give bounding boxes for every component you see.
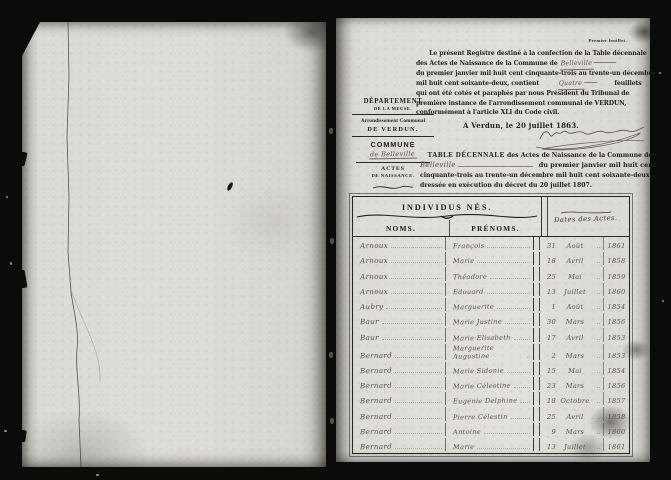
table-row: Bernard Antoine 9 Mars 1860 bbox=[353, 423, 629, 438]
cell-prenom: Edouard bbox=[445, 283, 533, 296]
header-group-individus: INDIVIDUS NÉS. NOMS. PRÉNOMS. bbox=[353, 197, 541, 236]
cell-prenom: Pierre Célestin bbox=[445, 407, 533, 420]
nom-value: Baur bbox=[360, 317, 379, 326]
date-day: 17 bbox=[542, 334, 556, 342]
cell-nom: Aubry bbox=[353, 302, 445, 311]
prenom-value: Marie Justine bbox=[453, 318, 502, 327]
cell-nom: Bernard bbox=[353, 396, 445, 405]
prenom-value: Marguerite Augustine bbox=[453, 343, 524, 360]
binding-stitch bbox=[329, 128, 333, 134]
cell-prenom: Théodore bbox=[445, 267, 533, 280]
cell-nom: Bernard bbox=[353, 412, 445, 421]
dotted-leader bbox=[597, 293, 600, 294]
cell-prenom: Marguerite Augustine bbox=[445, 344, 533, 360]
preamble-line: du premier janvier mil huit cent cinquan… bbox=[416, 69, 638, 79]
dotted-leader bbox=[395, 448, 442, 449]
scan-speck bbox=[6, 196, 8, 198]
dotted-leader bbox=[395, 402, 442, 403]
dotted-leader bbox=[487, 247, 530, 248]
dotted-leader bbox=[514, 339, 530, 340]
cell-prenom: Marie Elisabeth bbox=[445, 328, 533, 341]
table-row: Bernard Pierre Célestin 25 Avril 1858 bbox=[353, 407, 629, 422]
dotted-leader bbox=[391, 247, 442, 248]
date-year: 1853 bbox=[603, 328, 629, 341]
dotted-leader bbox=[597, 402, 600, 403]
date-day: 25 bbox=[542, 413, 556, 421]
dotted-leader bbox=[395, 433, 442, 434]
binding-stitch bbox=[329, 352, 333, 358]
departement-value: DE LA MEUSE. bbox=[346, 106, 440, 111]
dotted-leader bbox=[395, 357, 442, 358]
preamble-text: mil huit cent soixante-deux, contient bbox=[416, 79, 539, 87]
dotted-leader bbox=[395, 372, 442, 373]
prenom-value: Marguerite bbox=[453, 303, 494, 312]
scan-speck bbox=[96, 474, 99, 476]
date-year: 1860 bbox=[603, 423, 629, 436]
cell-date: 25 Mai 1859 bbox=[533, 267, 629, 280]
cell-date: 23 Mars 1856 bbox=[533, 377, 629, 390]
prenom-value: Marie Elisabeth bbox=[453, 333, 511, 342]
nom-value: Baur bbox=[360, 332, 379, 341]
dotted-leader bbox=[597, 308, 600, 309]
preamble-line: mil huit cent soixante-deux, contient Qu… bbox=[416, 79, 638, 90]
dotted-leader bbox=[597, 372, 600, 373]
dotted-leader bbox=[597, 433, 600, 434]
table-header: INDIVIDUS NÉS. NOMS. PRÉNOMS. Dates des … bbox=[353, 197, 629, 237]
date-year: 1854 bbox=[603, 298, 629, 311]
prenom-value: François bbox=[453, 242, 485, 251]
dotted-leader bbox=[391, 278, 442, 279]
dotted-leader bbox=[597, 278, 600, 279]
folio-label: Premier feuillet. bbox=[588, 38, 627, 43]
cell-nom: Baur bbox=[353, 317, 445, 326]
rule-divider bbox=[356, 162, 429, 163]
cell-nom: Arnoux bbox=[353, 272, 445, 281]
date-day: 13 bbox=[542, 288, 556, 296]
dotted-leader bbox=[505, 323, 530, 324]
right-page: Premier feuillet. Le présent Registre de… bbox=[336, 18, 650, 462]
dotted-leader bbox=[487, 293, 530, 294]
date-day: 25 bbox=[542, 273, 556, 281]
title-text: des Actes de Naissance de la Commune de bbox=[507, 151, 652, 159]
date-year: 1858 bbox=[603, 252, 629, 265]
cell-nom: Bernard bbox=[353, 427, 445, 436]
table-row: Aubry Marguerite 1 Août 1854 bbox=[353, 298, 629, 313]
column-header-dates: Dates des Actes. bbox=[541, 197, 629, 236]
nom-value: Arnoux bbox=[360, 256, 388, 265]
dotted-leader bbox=[490, 278, 530, 279]
cell-prenom: François bbox=[445, 237, 533, 250]
dotted-leader bbox=[514, 387, 530, 388]
departement-label: DÉPARTEMENT bbox=[346, 98, 440, 105]
table-row: Bernard Marguerite Augustine 2 Mars 1853 bbox=[353, 344, 629, 362]
date-month: Août bbox=[556, 303, 594, 311]
dotted-leader bbox=[597, 448, 600, 449]
title-line: TABLE DÉCENNALE des Actes de Naissance d… bbox=[420, 150, 642, 160]
date-month: Juillet bbox=[556, 443, 594, 451]
table-row: Baur Marie Justine 30 Mars 1856 bbox=[353, 313, 629, 328]
cell-date: 9 Mars 1860 bbox=[533, 423, 629, 436]
dotted-leader bbox=[597, 262, 600, 263]
cell-date: 18 Avril 1858 bbox=[533, 252, 629, 265]
handwritten-count: Quatre bbox=[558, 78, 584, 89]
cell-date: 13 Juillet 1861 bbox=[533, 438, 629, 451]
cell-nom: Bernard bbox=[353, 351, 445, 360]
date-day: 31 bbox=[542, 242, 556, 250]
prenom-value: Pierre Célestin bbox=[453, 412, 508, 421]
paper-crack-line bbox=[22, 22, 326, 467]
table-row: Bernard Eugénie Delphine 18 Octobre 1857 bbox=[353, 392, 629, 407]
date-year: 1857 bbox=[603, 392, 629, 405]
date-day: 1 bbox=[542, 303, 556, 311]
binding-stitch bbox=[330, 238, 334, 244]
handwritten-commune-name: de Belleville bbox=[369, 150, 417, 160]
flourish-line bbox=[594, 62, 617, 63]
prenom-value: Marie Célestine bbox=[453, 382, 511, 391]
date-month: Juillet bbox=[556, 288, 594, 296]
nom-value: Bernard bbox=[360, 350, 392, 360]
handwritten-commune: Belleville bbox=[560, 58, 594, 69]
cell-nom: Bernard bbox=[353, 442, 445, 451]
cell-nom: Arnoux bbox=[353, 287, 445, 296]
cell-date: 30 Mars 1856 bbox=[533, 313, 629, 326]
date-month: Octobre bbox=[556, 397, 594, 405]
dotted-leader bbox=[382, 339, 442, 340]
arrondissement-value: DE VERDUN. bbox=[346, 126, 440, 133]
date-month: Avril bbox=[556, 413, 594, 421]
date-year: 1859 bbox=[603, 267, 629, 280]
table-body: Arnoux François 31 Août 1861 bbox=[353, 237, 629, 453]
arrondissement-label: Arrondissement Communal bbox=[348, 118, 437, 124]
dotted-leader bbox=[597, 247, 600, 248]
scan-speck bbox=[4, 430, 7, 432]
table-title-paragraph: TABLE DÉCENNALE des Actes de Naissance d… bbox=[420, 150, 656, 190]
preamble-paragraph: Le présent Registre destiné à la confect… bbox=[416, 49, 652, 130]
dotted-leader bbox=[597, 387, 600, 388]
dotted-leader bbox=[484, 433, 530, 434]
preamble-line: des Actes de Naissance de la Commune de … bbox=[416, 59, 638, 70]
dotted-leader bbox=[395, 387, 442, 388]
leader-line bbox=[458, 166, 533, 167]
title-text: du premier janvier mil huit cent bbox=[539, 160, 656, 170]
nom-value: Arnoux bbox=[360, 287, 388, 296]
dotted-leader bbox=[386, 308, 441, 309]
cell-date: 2 Mars 1853 bbox=[533, 344, 629, 360]
date-month: Mai bbox=[556, 273, 594, 281]
date-month: Mars bbox=[556, 352, 594, 360]
date-year: 1856 bbox=[603, 377, 629, 390]
preamble-line: conformément à l'article XLI du Code civ… bbox=[416, 108, 638, 118]
date-year: 1861 bbox=[603, 438, 629, 451]
preamble-line: première instance de l'arrondissement co… bbox=[416, 99, 638, 109]
rule-divider bbox=[352, 114, 435, 115]
date-day: 9 bbox=[542, 428, 556, 436]
dotted-leader bbox=[597, 339, 600, 340]
preamble-text: feuillets bbox=[614, 79, 641, 87]
cell-date: 13 Juillet 1860 bbox=[533, 283, 629, 296]
scan-speck bbox=[10, 262, 12, 265]
cell-date: 1 Août 1854 bbox=[533, 298, 629, 311]
dotted-leader bbox=[597, 323, 600, 324]
cell-nom: Bernard bbox=[353, 381, 445, 390]
dotted-leader bbox=[497, 308, 530, 309]
dotted-leader bbox=[527, 357, 530, 358]
date-month: Août bbox=[556, 242, 594, 250]
cell-prenom: Eugénie Delphine bbox=[445, 392, 533, 405]
nom-value: Bernard bbox=[360, 411, 392, 421]
date-day: 23 bbox=[542, 382, 556, 390]
group-header-label: INDIVIDUS NÉS. bbox=[353, 197, 541, 212]
nom-value: Bernard bbox=[360, 381, 392, 391]
prenom-value: Edouard bbox=[453, 288, 484, 297]
date-year: 1861 bbox=[603, 237, 629, 250]
nom-value: Bernard bbox=[360, 396, 392, 406]
date-year: 1860 bbox=[603, 283, 629, 296]
flourish-swash bbox=[371, 184, 415, 191]
dotted-leader bbox=[597, 357, 600, 358]
date-year: 1858 bbox=[603, 407, 629, 420]
title-bold: TABLE DÉCENNALE bbox=[428, 150, 505, 159]
preamble-text: des Actes de Naissance de la Commune de bbox=[416, 59, 558, 67]
nom-value: Arnoux bbox=[360, 241, 388, 250]
cell-prenom: Marie Célestine bbox=[445, 377, 533, 390]
table-row: Arnoux François 31 Août 1861 bbox=[353, 237, 629, 252]
table-row: Arnoux Marie 18 Avril 1858 bbox=[353, 252, 629, 267]
cell-prenom: Marie Justine bbox=[445, 313, 533, 326]
dotted-leader bbox=[597, 418, 600, 419]
preamble-line: Le présent Registre destiné à la confect… bbox=[416, 49, 638, 59]
column-header-noms: NOMS. bbox=[353, 220, 449, 236]
nom-value: Bernard bbox=[360, 442, 392, 452]
cell-date: 17 Avril 1853 bbox=[533, 328, 629, 341]
dotted-leader bbox=[382, 323, 442, 324]
handwritten-commune-title: Belleville bbox=[420, 160, 456, 170]
cell-prenom: Marguerite bbox=[445, 298, 533, 311]
prenom-value: Théodore bbox=[453, 272, 487, 281]
date-month: Avril bbox=[556, 334, 594, 342]
cell-nom: Bernard bbox=[353, 366, 445, 375]
date-month: Avril bbox=[556, 257, 594, 265]
nom-value: Bernard bbox=[360, 366, 392, 376]
date-day: 2 bbox=[542, 352, 556, 360]
column-header-prenoms: PRÉNOMS. bbox=[449, 220, 541, 236]
swash-divider bbox=[353, 212, 541, 220]
date-month: Mars bbox=[556, 382, 594, 390]
cell-prenom: Marie bbox=[445, 252, 533, 265]
date-year: 1853 bbox=[603, 344, 629, 360]
dotted-leader bbox=[391, 262, 442, 263]
date-month: Mai bbox=[556, 367, 594, 375]
cell-nom: Arnoux bbox=[353, 256, 445, 265]
scan-speck bbox=[659, 72, 661, 74]
decennial-table: INDIVIDUS NÉS. NOMS. PRÉNOMS. Dates des … bbox=[352, 196, 630, 454]
cell-prenom: Marie Sidonie bbox=[445, 362, 533, 375]
table-row: Arnoux Théodore 25 Mai 1859 bbox=[353, 267, 629, 282]
dotted-leader bbox=[477, 448, 530, 449]
flourish-line bbox=[584, 82, 597, 83]
cell-date: 15 Mai 1854 bbox=[533, 362, 629, 375]
date-day: 30 bbox=[542, 318, 556, 326]
dotted-leader bbox=[395, 418, 442, 419]
nom-value: Arnoux bbox=[360, 271, 388, 280]
cell-date: 31 Août 1861 bbox=[533, 237, 629, 250]
prenom-value: Marie bbox=[453, 443, 474, 451]
binding-stitch bbox=[330, 418, 334, 424]
date-day: 13 bbox=[542, 443, 556, 451]
dotted-leader bbox=[391, 293, 442, 294]
table-row: Arnoux Edouard 13 Juillet 1860 bbox=[353, 283, 629, 298]
date-day: 18 bbox=[542, 257, 556, 265]
nom-value: Aubry bbox=[360, 302, 384, 311]
cell-nom: Arnoux bbox=[353, 241, 445, 250]
table-row: Bernard Marie Célestine 23 Mars 1856 bbox=[353, 377, 629, 392]
cell-prenom: Antoine bbox=[445, 423, 533, 436]
title-line: dressée en exécution du décret du 20 jui… bbox=[420, 180, 642, 190]
dotted-leader bbox=[507, 372, 530, 373]
scan-speck bbox=[662, 300, 664, 302]
dotted-leader bbox=[511, 418, 531, 419]
column-headers: NOMS. PRÉNOMS. bbox=[353, 220, 541, 236]
commune-label: COMMUNE bbox=[346, 140, 440, 149]
dates-header-label: Dates des Actes. bbox=[554, 214, 618, 224]
prenom-value: Marie Sidonie bbox=[453, 366, 504, 375]
table-row: Bernard Marie Sidonie 15 Mai 1854 bbox=[353, 362, 629, 377]
cell-date: 18 Octobre 1857 bbox=[533, 392, 629, 405]
date-month: Mars bbox=[556, 428, 594, 436]
table-row: Bernard Marie 13 Juillet 1861 bbox=[353, 438, 629, 453]
cell-prenom: Marie bbox=[445, 438, 533, 451]
nom-value: Bernard bbox=[360, 427, 392, 437]
preamble-line: qui ont été cotés et paraphés par nous P… bbox=[416, 89, 638, 99]
scanned-register-spread: Premier feuillet. Le présent Registre de… bbox=[0, 0, 671, 480]
rule-divider bbox=[352, 136, 435, 137]
cell-date: 25 Avril 1858 bbox=[533, 407, 629, 420]
dotted-leader bbox=[477, 262, 530, 263]
left-page-blank bbox=[22, 22, 326, 467]
date-day: 15 bbox=[542, 367, 556, 375]
prenom-value: Marie bbox=[453, 257, 474, 265]
dotted-leader bbox=[520, 402, 530, 403]
date-year: 1856 bbox=[603, 313, 629, 326]
title-line: Belleville du premier janvier mil huit c… bbox=[420, 160, 656, 170]
table-row: Baur Marie Elisabeth 17 Avril 1853 bbox=[353, 328, 629, 343]
cell-nom: Baur bbox=[353, 333, 445, 342]
title-line: cinquante-trois au trente-un décembre mi… bbox=[420, 170, 642, 180]
prenom-value: Antoine bbox=[453, 428, 481, 436]
date-day: 18 bbox=[542, 397, 556, 405]
date-year: 1854 bbox=[603, 362, 629, 375]
date-month: Mars bbox=[556, 318, 594, 326]
prenom-value: Eugénie Delphine bbox=[453, 397, 517, 406]
